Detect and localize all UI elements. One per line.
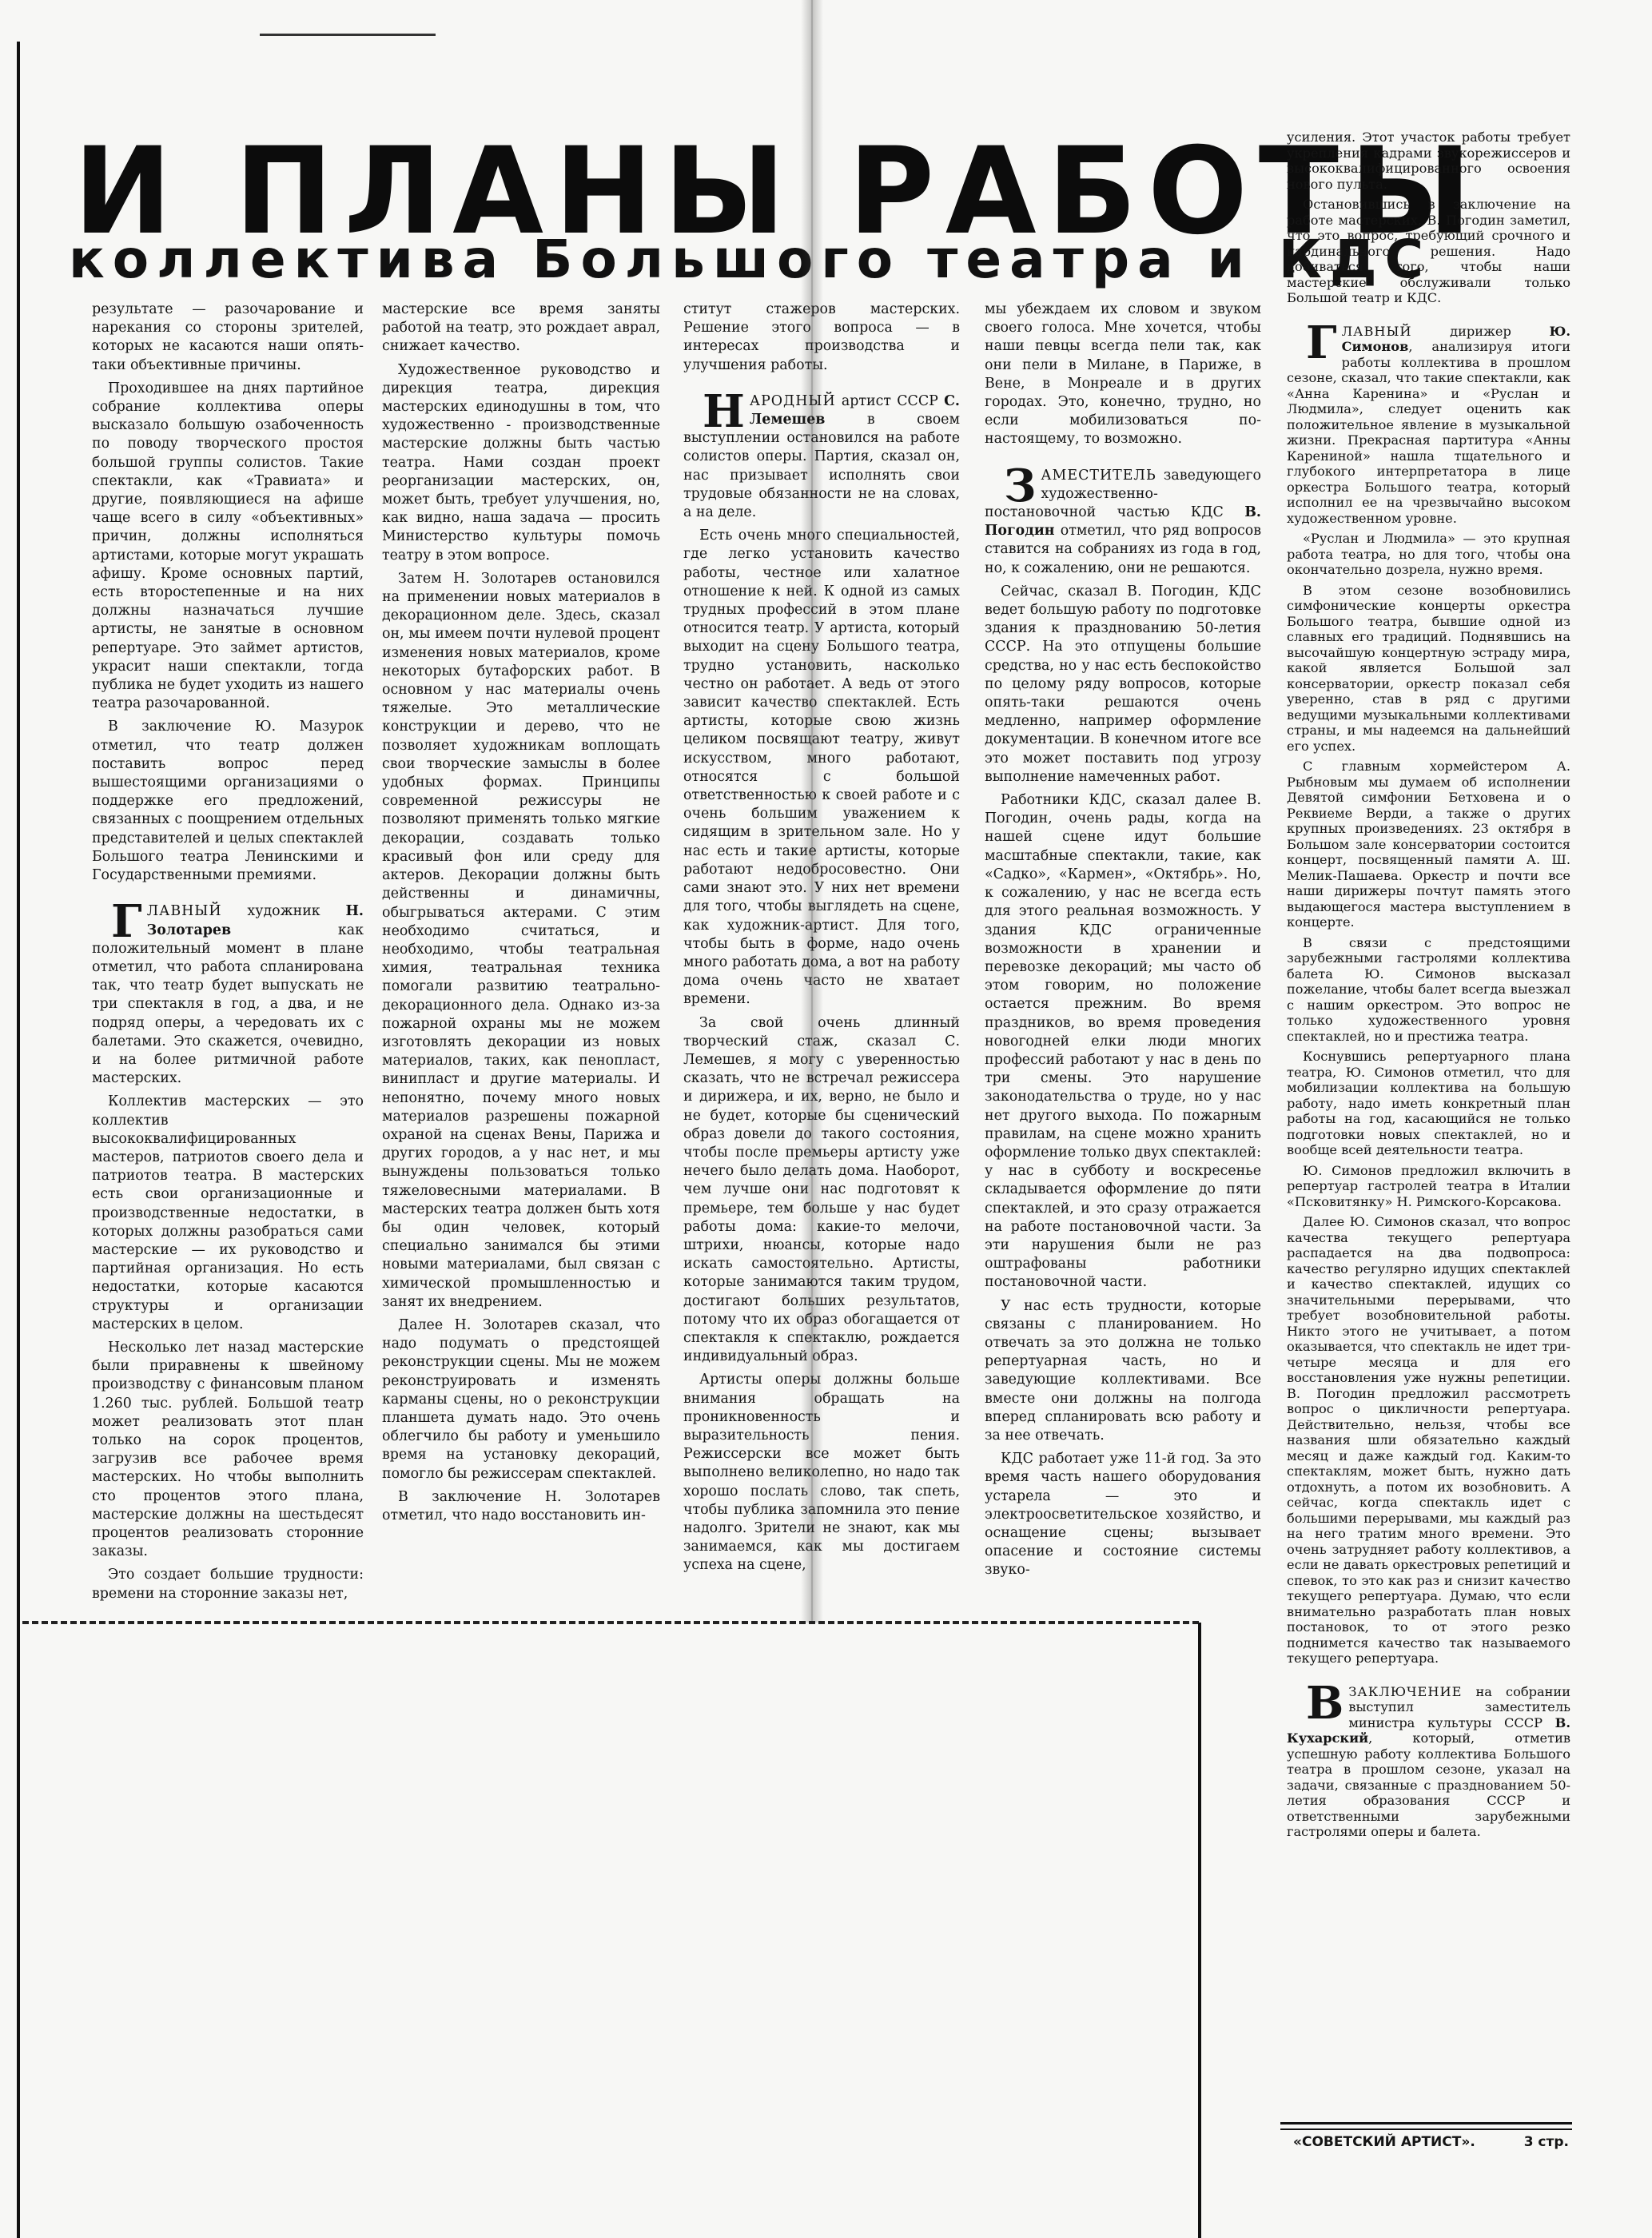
top-border-rule <box>260 34 436 36</box>
article-column-5: усиления. Этот участок работы требует ук… <box>1287 129 1570 1840</box>
article-paragraph: мастерские все время заняты работой на т… <box>382 301 660 356</box>
drop-cap: Г <box>1306 325 1337 360</box>
cut-line-dashed <box>22 1621 1199 1624</box>
article-paragraph: «Руслан и Людмила» — это крупная работа … <box>1287 531 1570 578</box>
article-paragraph: КДС работает уже 11-й год. За это время … <box>985 1450 1261 1579</box>
drop-cap: Г <box>111 904 142 939</box>
article-paragraph: усиления. Этот участок работы требует ук… <box>1287 129 1570 192</box>
article-column-1: результате — разочарование и нарекания с… <box>92 301 364 1603</box>
article-column-2: мастерские все время заняты работой на т… <box>382 301 660 1525</box>
article-paragraph: Это создает большие трудности: времени н… <box>92 1566 364 1603</box>
drop-cap: З <box>1004 468 1036 504</box>
article-paragraph: В заключение Н. Золотарев отметил, что н… <box>382 1488 660 1525</box>
article-paragraph: Есть очень много специальностей, где лег… <box>683 527 960 1009</box>
article-paragraph: Проходившее на днях партийное собрание к… <box>92 380 364 714</box>
section-lead-paragraph: ГЛАВНЫЙ дирижер Ю. Симонов, анализируя и… <box>1287 324 1570 527</box>
article-paragraph: Остановившись в заключение на работе мас… <box>1287 197 1570 306</box>
article-paragraph: Сейчас, сказал В. Погодин, КДС ведет бол… <box>985 583 1261 786</box>
article-paragraph: Несколько лет назад мастерские были прир… <box>92 1339 364 1561</box>
article-paragraph: В связи с предстоящими зарубежными гастр… <box>1287 935 1570 1045</box>
section-lead-paragraph: НАРОДНЫЙ артист СССР С. Лемешев в своем … <box>683 392 960 522</box>
lead-caps: АРОДНЫЙ <box>750 393 836 409</box>
speaker-name: В. Погодин <box>985 504 1261 539</box>
lead-caps: ЛАВНЫЙ <box>147 903 222 919</box>
page-number: 3 стр. <box>1524 2134 1569 2150</box>
article-paragraph: Работники КДС, сказал далее В. Погодин, … <box>985 791 1261 1292</box>
lead-caps: ЛАВНЫЙ <box>1342 324 1412 339</box>
article-paragraph: У нас есть трудности, которые связаны с … <box>985 1297 1261 1446</box>
article-paragraph: мы убеждаем их словом и звуком своего го… <box>985 301 1261 449</box>
page-footer: «СОВЕТСКИЙ АРТИСТ». 3 стр. <box>1293 2134 1569 2150</box>
article-paragraph: В этом сезоне возобновились симфонически… <box>1287 583 1570 755</box>
article-column-4: мы убеждаем их словом и звуком своего го… <box>985 301 1261 1580</box>
footer-rule <box>1280 2122 1572 2130</box>
article-paragraph: Далее Н. Золотарев сказал, что надо поду… <box>382 1316 660 1483</box>
article-paragraph: Артисты оперы должны больше внимания обр… <box>683 1371 960 1575</box>
article-column-3: ститут стажеров мастерских. Решение этог… <box>683 301 960 1575</box>
section-lead-paragraph: ГЛАВНЫЙ художник Н. Золотарев как положи… <box>92 902 364 1088</box>
drop-cap: Н <box>703 394 745 429</box>
article-paragraph: За свой очень длинный творческий стаж, с… <box>683 1014 960 1367</box>
section-lead-paragraph: ВЗАКЛЮЧЕНИЕ на собрании выступил замести… <box>1287 1684 1570 1840</box>
article-paragraph: С главным хормейстером А. Рыбновым мы ду… <box>1287 759 1570 930</box>
article-paragraph: Далее Ю. Симонов сказал, что вопрос каче… <box>1287 1214 1570 1667</box>
lead-caps: АМЕСТИТЕЛЬ <box>1041 468 1156 484</box>
article-paragraph: Ю. Симонов предложил включить в репертуа… <box>1287 1163 1570 1210</box>
publication-name: «СОВЕТСКИЙ АРТИСТ». <box>1293 2134 1475 2150</box>
column-divider-rule <box>1198 1623 1201 2238</box>
article-paragraph: Художественное руководство и дирекция те… <box>382 361 660 565</box>
section-lead-paragraph: ЗАМЕСТИТЕЛЬ заведующего художественно-по… <box>985 467 1261 578</box>
article-paragraph: Коснувшись репертуарного плана театра, Ю… <box>1287 1049 1570 1158</box>
lead-caps: ЗАКЛЮЧЕНИЕ <box>1348 1684 1462 1699</box>
article-paragraph: Коллектив мастерских — это коллектив выс… <box>92 1093 364 1334</box>
article-paragraph: Затем Н. Золотарев остановился на примен… <box>382 570 660 1312</box>
article-paragraph: В заключение Ю. Мазурок отметил, что теа… <box>92 718 364 885</box>
drop-cap: В <box>1306 1686 1343 1721</box>
subheadline: коллектива Большого театра и КДС <box>69 233 1431 286</box>
article-paragraph: результате — разочарование и нарекания с… <box>92 301 364 375</box>
article-paragraph: ститут стажеров мастерских. Решение этог… <box>683 301 960 375</box>
left-border-rule <box>17 42 20 2238</box>
